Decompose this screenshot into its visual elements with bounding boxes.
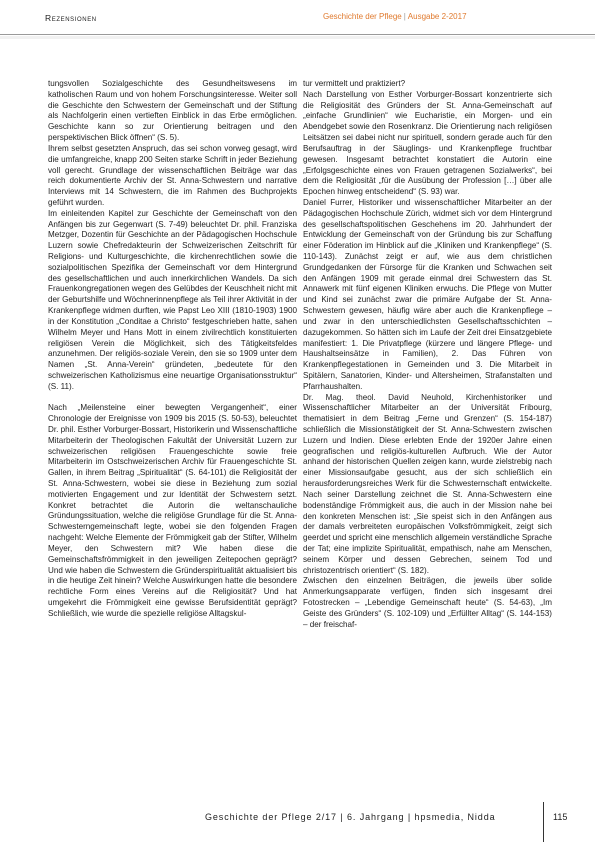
paragraph: Zwischen den einzelnen Beiträgen, die je… <box>303 576 552 630</box>
footer-citation: Geschichte der Pflege 2/17 | 6. Jahrgang… <box>205 812 496 822</box>
paragraph: tur vermittelt und praktiziert? <box>303 79 552 90</box>
separator: | <box>404 12 406 21</box>
paragraph: tungsvollen Sozialgeschichte des Gesundh… <box>48 79 297 144</box>
paragraph: Ihrem selbst gesetzten Anspruch, das sei… <box>48 144 297 209</box>
left-column: tungsvollen Sozialgeschichte des Gesundh… <box>48 79 297 620</box>
journal-info: Geschichte der Pflege|Ausgabe 2-2017 <box>323 12 467 21</box>
header-shadow <box>0 36 595 39</box>
journal-title: Geschichte der Pflege <box>323 12 402 21</box>
paragraph: Daniel Furrer, Historiker und wissenscha… <box>303 198 552 393</box>
right-column: tur vermittelt und praktiziert? Nach Dar… <box>303 79 552 630</box>
page-number: 115 <box>553 812 567 822</box>
paragraph: Dr. Mag. theol. David Neuhold, Kirchenhi… <box>303 393 552 577</box>
paragraph: Im einleitenden Kapitel zur Geschichte d… <box>48 209 297 393</box>
paragraph: Nach „Meilensteine einer bewegten Vergan… <box>48 403 297 619</box>
paragraph: Nach Darstellung von Esther Vorburger-Bo… <box>303 90 552 198</box>
issue-label: Ausgabe 2-2017 <box>408 12 467 21</box>
header-rule <box>0 34 595 35</box>
footer-rule <box>543 802 544 842</box>
page-header: Rezensionen Geschichte der Pflege|Ausgab… <box>0 0 595 36</box>
section-label: Rezensionen <box>45 13 97 23</box>
